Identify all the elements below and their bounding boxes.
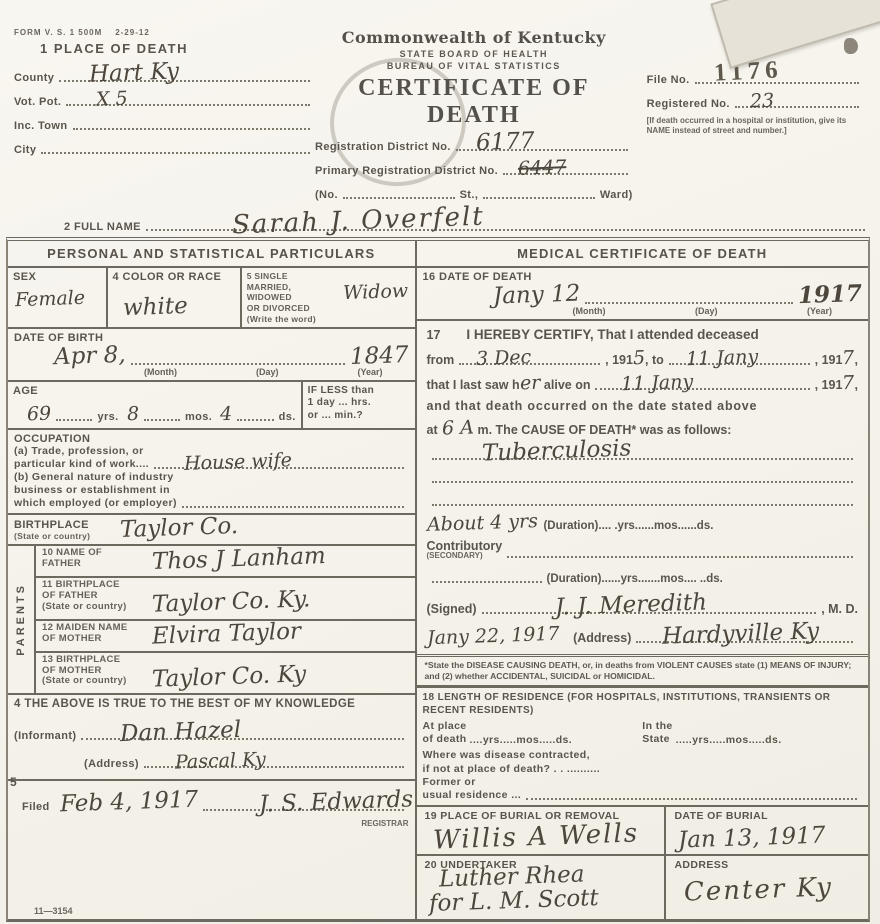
registration-district-blank: 6177 [456, 135, 628, 151]
primary-registration-blank: 6447 [503, 159, 628, 175]
last-saw-line: that I last saw her alive on 11 Jany , 1… [427, 374, 859, 392]
age-field: AGE 69 yrs. 8 mos. 4 ds. [8, 382, 301, 428]
place-of-burial-field: 19 PLACE OF BURIAL OR REMOVAL Willis A W… [417, 807, 665, 854]
inc-town-field: Inc. Town [14, 114, 315, 132]
signed-date-address-line: Jany 22, 1917 (Address) Hardyville Ky [427, 623, 859, 645]
residence-section: 18 LENGTH OF RESIDENCE (FOR HOSPITALS, I… [417, 685, 869, 807]
dob-value: Apr 8, [54, 345, 126, 368]
attended-to-value: 11 Jany [685, 348, 758, 368]
race-value: white [122, 296, 187, 319]
former-residence-field: Former or usual residence ... [423, 776, 863, 802]
full-name-blank: Sarah J. Overfelt [146, 209, 865, 231]
duration-value: About 4 yrs [426, 513, 537, 534]
registration-district-value: 6177 [476, 131, 535, 154]
sex-value: Female [15, 290, 86, 310]
informant-address-value: Pascal Ky [175, 752, 266, 772]
certify-statement: 17 I HEREBY CERTIFY, That I attended dec… [417, 321, 869, 654]
street-ward-field: (No. St., Ward) [315, 183, 633, 201]
informant-address-field: (Address) Pascal Ky [14, 748, 409, 770]
county-blank: Hart Ky [59, 66, 310, 82]
saw-year-digit: 7 [842, 374, 855, 392]
duration-line: About 4 yrs (Duration).... .yrs......mos… [427, 515, 859, 532]
mother-birthplace-field: 13 BIRTHPLACE OF MOTHER (State or countr… [36, 653, 415, 694]
certificate-body: PERSONAL AND STATISTICAL PARTICULARS SEX… [6, 237, 870, 922]
parents-vertical-label: PARENTS [8, 546, 36, 693]
mother-name-value: Elvira Taylor [152, 621, 302, 647]
age-years-value: 69 [27, 405, 52, 423]
violent-causes-footnote: *State the DISEASE CAUSING DEATH, or, in… [417, 654, 869, 685]
mother-birthplace-value: Taylor Co. Ky [152, 664, 307, 690]
registrar-label: REGISTRAR [361, 819, 408, 828]
pronoun-value: er [519, 374, 540, 392]
bureau-subtitle: BUREAU OF VITAL STATISTICS [315, 61, 633, 71]
state-board-subtitle: STATE BOARD OF HEALTH [315, 49, 633, 59]
registered-no-blank: 23 [735, 92, 859, 108]
race-field: 4 COLOR OR RACE white [106, 268, 240, 327]
marital-value: Widow [343, 283, 409, 302]
death-hour-line: at 6 A m. The CAUSE OF DEATH* was as fol… [427, 420, 859, 437]
date-of-birth-field: DATE OF BIRTH Apr 8, 1847 (Month) (Day) … [8, 329, 415, 382]
vot-pot-value: X 5 [95, 90, 127, 108]
form-number: FORM V. S. 1 500M 2-29-12 [14, 28, 315, 37]
informant-field: (Informant) Dan Hazel [14, 720, 409, 742]
age-months-value: 8 [126, 406, 139, 424]
place-of-burial-value: Willis A Wells [432, 822, 639, 853]
personal-column: PERSONAL AND STATISTICAL PARTICULARS SEX… [8, 241, 417, 919]
fold-shadow [844, 38, 858, 54]
in-state-field: In the State .....yrs.....mos.....ds. [642, 720, 862, 746]
informant-section: 4 THE ABOVE IS TRUE TO THE BEST OF MY KN… [8, 695, 415, 781]
filed-date-value: Feb 4, 1917 [59, 790, 198, 815]
section-17-number: 17 [427, 328, 441, 342]
personal-title: PERSONAL AND STATISTICAL PARTICULARS [8, 241, 415, 268]
sex-field: SEX Female [8, 268, 106, 327]
vot-pot-field: Vot. Pot. X 5 [14, 90, 315, 108]
birthplace-field: BIRTHPLACE (State or country) Taylor Co. [8, 515, 415, 546]
place-of-death-label: 1 PLACE OF DEATH [40, 41, 315, 56]
father-name-value: Thos J Lanham [152, 546, 326, 573]
death-hour-value: 6 A [441, 419, 473, 437]
undertaker-field: 20 UNDERTAKER Luther Rhea for L. M. Scot… [417, 856, 665, 919]
last-saw-date-value: 11 Jany [621, 373, 694, 393]
city-blank [41, 138, 310, 154]
physician-address-value: Hardyville Ky [662, 621, 820, 647]
medical-title: MEDICAL CERTIFICATE OF DEATH [417, 241, 869, 268]
contributory-line: Contributory (SECONDARY) [427, 539, 859, 560]
full-name-field: 2 FULL NAME Sarah J. Overfelt [6, 209, 870, 233]
parents-section: PARENTS 10 NAME OF FATHER Thos J Lanham … [8, 546, 415, 695]
mother-name-field: 12 MAIDEN NAME OF MOTHER Elvira Taylor [36, 621, 415, 653]
undertaker-row: 20 UNDERTAKER Luther Rhea for L. M. Scot… [417, 856, 869, 919]
disease-contracted-field: Where was disease contracted, if not at … [423, 749, 863, 775]
date-of-burial-value: Jan 13, 1917 [678, 825, 826, 851]
death-certificate-scan: FORM V. S. 1 500M 2-29-12 1 PLACE OF DEA… [0, 0, 880, 924]
physician-signature: J. J. Meredith [555, 593, 708, 619]
at-place-field: At place of death ....yrs.....mos.....ds… [423, 720, 643, 746]
age-row: AGE 69 yrs. 8 mos. 4 ds. IF LESS than 1 [8, 382, 415, 430]
file-no-field: File No. 1176 [647, 68, 864, 86]
undertaker-value-2: for L. M. Scott [428, 888, 598, 915]
to-year-digit: 7 [842, 349, 855, 367]
marital-field: 5 SINGLE MARRIED, WIDOWED OR DIVORCED (W… [240, 268, 415, 327]
if-less-field: IF LESS than 1 day ... hrs. or ... min.? [301, 382, 415, 428]
occupation-value: House wife [184, 452, 292, 473]
father-name-field: 10 NAME OF FATHER Thos J Lanham [36, 546, 415, 578]
cause-of-death-line: Tuberculosis [427, 444, 859, 462]
primary-registration-field: Primary Registration District No. 6447 [315, 159, 633, 177]
contributory-blank [507, 542, 853, 558]
duration2-line: (Duration)......yrs.......mos.... ..ds. [427, 567, 859, 585]
city-field: City [14, 138, 315, 156]
title-block: Commonwealth of Kentucky STATE BOARD OF … [315, 28, 633, 207]
registered-no-field: Registered No. 23 [647, 92, 864, 110]
burial-row: 19 PLACE OF BURIAL OR REMOVAL Willis A W… [417, 807, 869, 856]
street-number-blank [343, 183, 455, 199]
father-birthplace-field: 11 BIRTHPLACE OF FATHER (State or countr… [36, 578, 415, 621]
undertaker-address-value: Center Ky [684, 877, 834, 906]
registered-no-value: 23 [749, 92, 774, 110]
certificate-title: CERTIFICATE OF DEATH [315, 75, 633, 129]
county-field: County Hart Ky [14, 66, 315, 84]
registrar-signature: J. S. Edwards [259, 790, 414, 816]
cause-blank-line-1 [432, 467, 854, 483]
commonwealth-title: Commonwealth of Kentucky [315, 28, 633, 47]
cause-of-death-value: Tuberculosis [482, 438, 632, 464]
informant-value: Dan Hazel [120, 720, 242, 745]
attended-from-value: 3 Dec [476, 349, 532, 368]
ward-blank [483, 183, 595, 199]
date-of-death-field: 16 DATE OF DEATH Jany 12 1917 (Month) (D… [417, 268, 869, 321]
date-of-burial-field: DATE OF BURIAL Jan 13, 1917 [664, 807, 868, 854]
vot-pot-blank: X 5 [66, 90, 310, 106]
from-year-digit: 5 [633, 349, 646, 367]
file-no-blank: 1176 [695, 68, 859, 84]
signed-date-value: Jany 22, 1917 [426, 625, 559, 647]
county-value: Hart Ky [89, 62, 180, 86]
father-birthplace-value: Taylor Co. Ky. [152, 589, 311, 615]
inc-town-blank [73, 114, 310, 130]
age-days-value: 4 [220, 406, 233, 424]
sex-race-marital-row: SEX Female 4 COLOR OR RACE white 5 SINGL… [8, 268, 415, 329]
primary-registration-value: 6447 [518, 159, 567, 178]
cause-blank-line-2 [432, 490, 854, 506]
dob-year-value: 1847 [350, 345, 409, 368]
hospital-note: [If death occurred in a hospital or inst… [647, 116, 864, 136]
birthplace-value: Taylor Co. [120, 516, 239, 541]
section-15-marker: 5 [10, 775, 17, 789]
date-of-death-year: 1917 [798, 284, 863, 307]
registration-district-field: Registration District No. 6177 [315, 135, 633, 153]
full-name-value: Sarah J. Overfelt [232, 205, 485, 237]
filed-section: 5 Filed Feb 4, 1917 J. S. Edwards REGIST… [8, 781, 415, 842]
signed-line: (Signed) J. J. Meredith , M. D. [427, 592, 859, 616]
undertaker-address-field: ADDRESS Center Ky [664, 856, 868, 919]
date-of-death-value: Jany 12 [492, 283, 580, 307]
medical-column: MEDICAL CERTIFICATE OF DEATH 16 DATE OF … [417, 241, 869, 919]
place-of-death-block: FORM V. S. 1 500M 2-29-12 1 PLACE OF DEA… [6, 28, 315, 207]
occupation-field: OCCUPATION (a) Trade, profession, or par… [8, 430, 415, 516]
attended-from-line: from 3 Dec , 1915 , to 11 Jany , 1917, [427, 349, 859, 367]
